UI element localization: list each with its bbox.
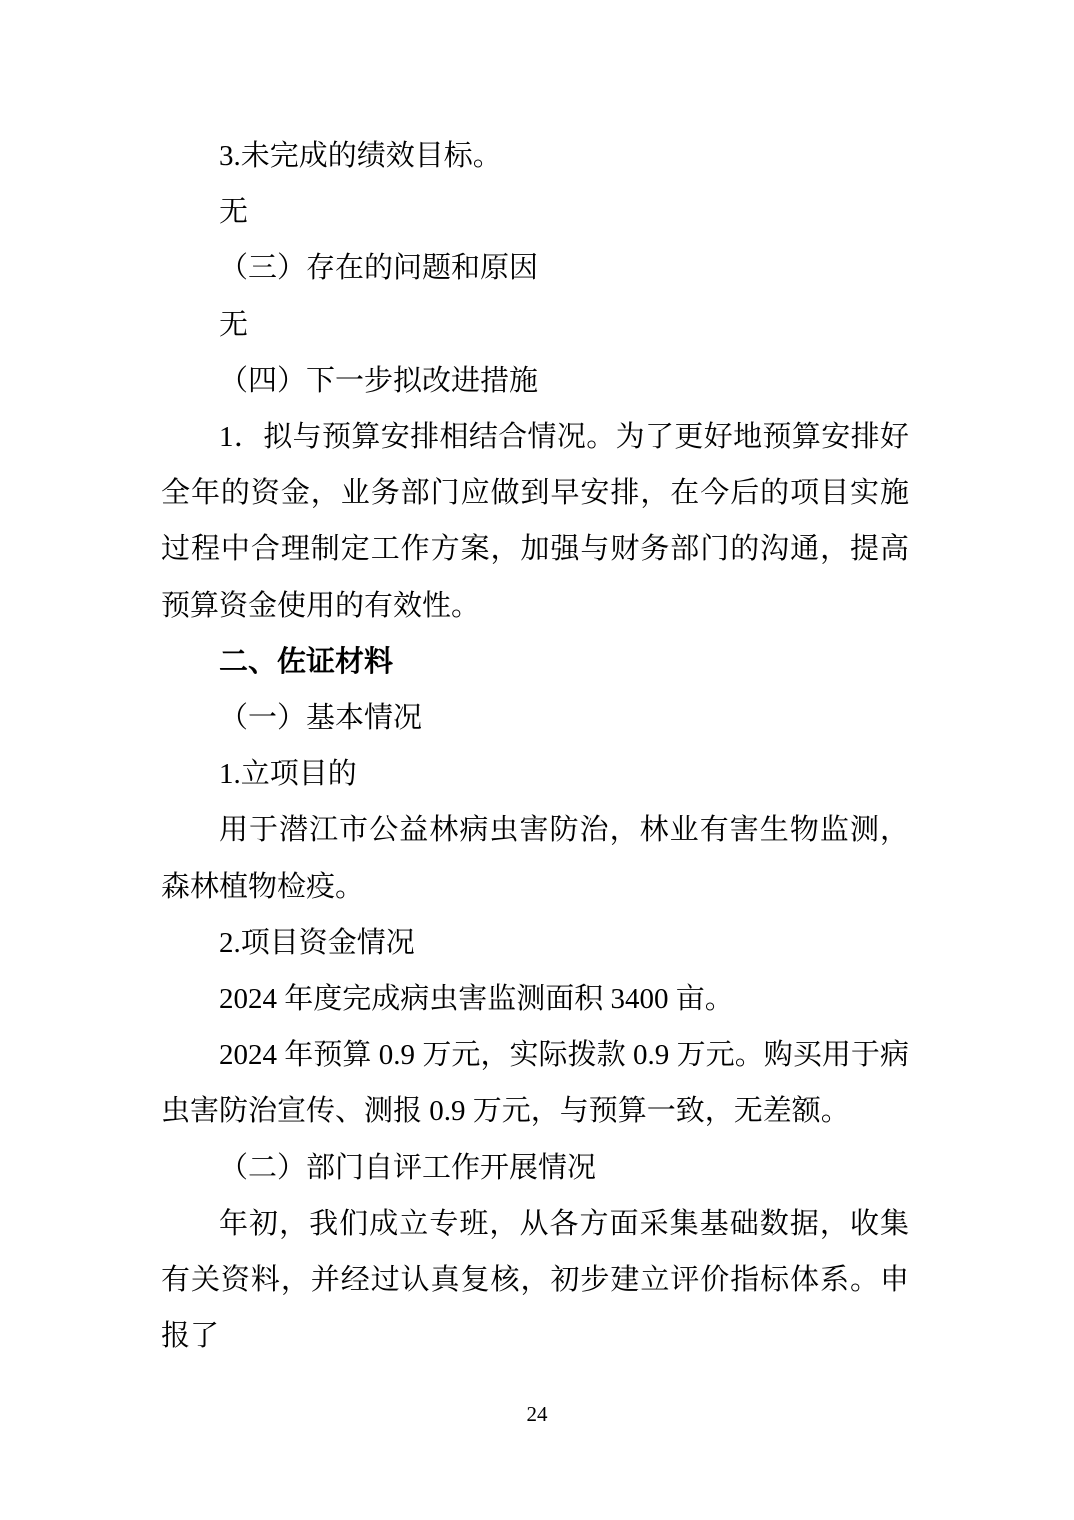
paragraph: （三）存在的问题和原因 [161, 240, 909, 296]
paragraph: 2024 年预算 0.9 万元，实际拨款 0.9 万元。购买用于病虫害防治宣传、… [161, 1027, 909, 1139]
paragraph: 3.未完成的绩效目标。 [161, 128, 909, 184]
page-footer: 24 [0, 1402, 1074, 1427]
paragraph: （四）下一步拟改进措施 [161, 353, 909, 409]
paragraph: 无 [161, 297, 909, 353]
document-page: 3.未完成的绩效目标。无（三）存在的问题和原因无（四）下一步拟改进措施1．拟与预… [0, 0, 1074, 1520]
paragraph: （一）基本情况 [161, 690, 909, 746]
paragraph: 用于潜江市公益林病虫害防治，林业有害生物监测，森林植物检疫。 [161, 802, 909, 914]
paragraph: （二）部门自评工作开展情况 [161, 1140, 909, 1196]
paragraph: 无 [161, 184, 909, 240]
page-number: 24 [527, 1402, 548, 1426]
document-body: 3.未完成的绩效目标。无（三）存在的问题和原因无（四）下一步拟改进措施1．拟与预… [161, 128, 909, 1364]
section-heading: 二、佐证材料 [161, 634, 909, 690]
paragraph: 1.立项目的 [161, 746, 909, 802]
paragraph: 2024 年度完成病虫害监测面积 3400 亩。 [161, 971, 909, 1027]
paragraph: 2.项目资金情况 [161, 915, 909, 971]
paragraph: 1．拟与预算安排相结合情况。为了更好地预算安排好全年的资金，业务部门应做到早安排… [161, 409, 909, 634]
paragraph: 年初，我们成立专班，从各方面采集基础数据，收集有关资料，并经过认真复核，初步建立… [161, 1196, 909, 1365]
